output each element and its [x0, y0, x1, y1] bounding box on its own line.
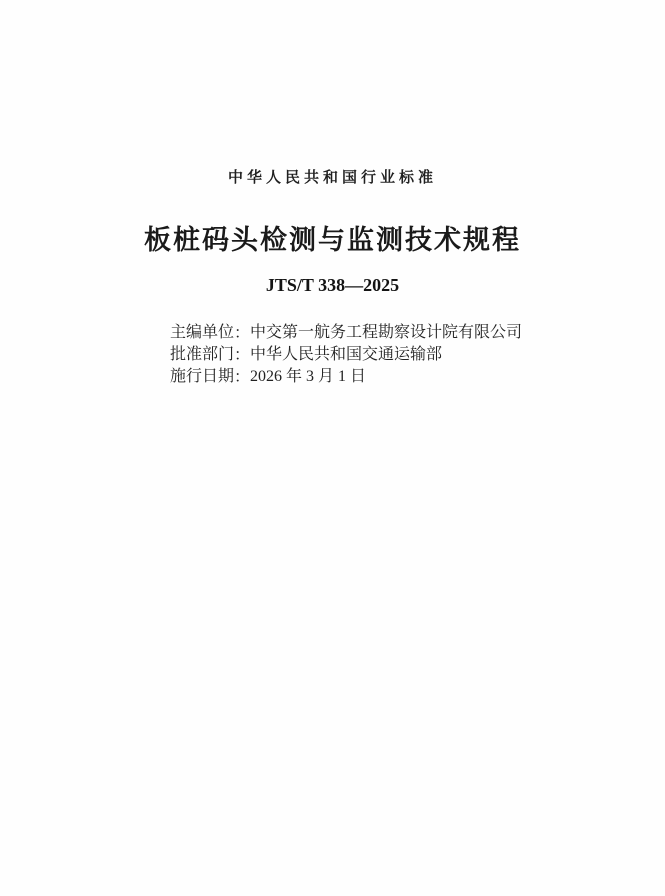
meta-label: 批准部门 — [170, 346, 234, 363]
standard-number: JTS/T 338—2025 — [0, 275, 665, 296]
meta-separator: ： — [234, 367, 250, 389]
meta-row-chief-editor: 主编单位：中交第一航务工程勘察设计院有限公司 — [170, 322, 522, 344]
standard-category-label: 中华人民共和国行业标准 — [0, 166, 665, 187]
meta-separator: ： — [234, 323, 250, 345]
document-page: 中华人民共和国行业标准 板桩码头检测与监测技术规程 JTS/T 338—2025… — [0, 0, 665, 896]
meta-separator: ： — [234, 345, 250, 367]
document-meta-block: 主编单位：中交第一航务工程勘察设计院有限公司 批准部门：中华人民共和国交通运输部… — [170, 322, 522, 388]
meta-value: 2026 年 3 月 1 日 — [250, 368, 366, 385]
meta-label: 施行日期 — [170, 368, 234, 385]
document-title: 板桩码头检测与监测技术规程 — [0, 218, 665, 257]
meta-row-implementation-date: 施行日期：2026 年 3 月 1 日 — [170, 366, 522, 388]
meta-value: 中华人民共和国交通运输部 — [250, 346, 442, 363]
meta-row-approving-department: 批准部门：中华人民共和国交通运输部 — [170, 344, 522, 366]
meta-label: 主编单位 — [170, 324, 234, 341]
meta-value: 中交第一航务工程勘察设计院有限公司 — [250, 324, 522, 341]
